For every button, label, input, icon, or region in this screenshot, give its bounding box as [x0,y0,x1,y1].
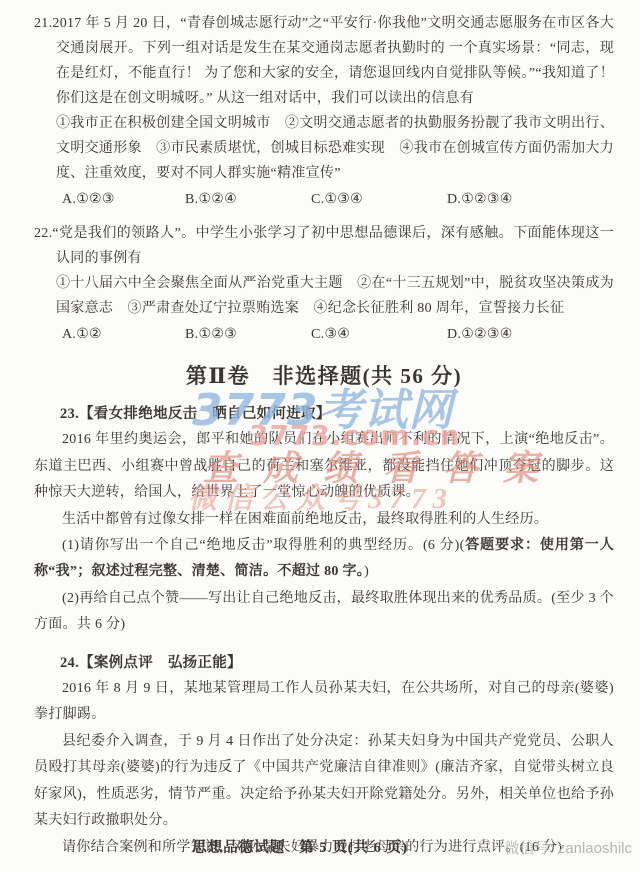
footer-wechat: 微信号: zanlaoshilc [476,836,632,858]
question-21-stem: 21.2017 年 5 月 20 日，“青春创城志愿行动”之“平安行·你我他”文… [34,11,614,111]
question-24: 24.【案例点评 弘扬正能】 2016 年 8 月 9 日，某地某管理局工作人员… [34,650,614,861]
question-21: 21.2017 年 5 月 20 日，“青春创城志愿行动”之“平安行·你我他”文… [34,11,614,212]
question-23-paragraph-2: 生活中都曾有过像女排一样在困难面前绝地反击，最终取得胜利的人生经历。 [34,507,614,533]
footer-doc-title: 思想品德试题 [192,840,285,856]
question-21-option-c: C.①③④ [311,187,447,212]
question-21-stem-text: 2017 年 5 月 20 日，“青春创城志愿行动”之“平安行·你我他”文明交通… [52,16,614,106]
exam-page: 21.2017 年 5 月 20 日，“青春创城志愿行动”之“平安行·你我他”文… [0,0,640,871]
question-23-heading: 23.【看女排绝地反击 晒自己如何进取】 [34,401,614,427]
question-24-heading: 24.【案例点评 弘扬正能】 [34,650,614,676]
free-response-section: 23.【看女排绝地反击 晒自己如何进取】 2016 年里约奥运会，郎平和她的队员… [34,401,614,861]
question-21-items: ①我市正在积极创建全国文明城市 ②文明交通志愿者的执勤服务扮靓了我市文明出行、文… [34,111,614,186]
section-ii-title: 第Ⅱ卷 非选择题(共 56 分) [34,362,614,390]
question-22-option-a: A.①② [62,322,185,347]
question-22-option-b: B.①②③ [185,322,311,347]
question-22-number: 22. [34,226,52,241]
question-24-paragraph-1: 2016 年 8 月 9 日，某地某管理局工作人员孙某夫妇，在公共场所，对自己的… [34,676,614,729]
question-21-option-b: B.①②④ [185,187,311,212]
question-22: 22.“党是我们的领路人”。中学生小张学习了初中思想品德课后，深有感触。下面能体… [34,221,614,347]
exam-content: 21.2017 年 5 月 20 日，“青春创城志愿行动”之“平安行·你我他”文… [0,0,640,861]
question-24-paragraph-2: 县纪委介入调查，于 9 月 4 日作出了处分决定：孙某夫妇身为中国共产党党员、公… [34,729,614,835]
question-21-option-d: D.①②③④ [447,187,614,212]
wechat-logo-icon [476,836,500,858]
question-22-options: A.①② B.①②③ C.③④ D.①②③④ [34,322,614,347]
footer-wechat-id: 微信号: zanlaoshilc [504,837,632,858]
page-footer: 思想品德试题第 5 页(共 6 页) 微信号: zanlaoshilc [0,836,640,866]
question-22-items: ①十八届六中全会聚焦全面从严治党重大主题 ②在“十三五规划”中，脱贫攻坚决策成为… [34,271,614,321]
question-21-number: 21. [34,16,52,31]
question-23-subquestion-2: (2)再给自己点个赞——写出让自己绝地反击，最终取胜体现出来的优秀品质。(至少 … [34,586,614,639]
question-21-options: A.①②③ B.①②④ C.①③④ D.①②③④ [34,187,614,212]
question-23-subquestion-1: (1)请你写出一个自己“绝地反击”取得胜利的典型经历。(6 分)(答题要求：使用… [34,533,614,586]
subquestion-1-close: ) [364,564,369,579]
question-22-option-c: C.③④ [311,322,447,347]
question-22-stem-text: “党是我们的领路人”。中学生小张学习了初中思想品德课后，深有感触。下面能体现这一… [52,226,614,266]
footer-page-info: 第 5 页(共 6 页) [299,840,408,856]
subquestion-1-text: (1)请你写出一个自己“绝地反击”取得胜利的典型经历。(6 分)( [62,538,465,553]
question-23: 23.【看女排绝地反击 晒自己如何进取】 2016 年里约奥运会，郎平和她的队员… [34,401,614,639]
question-22-stem: 22.“党是我们的领路人”。中学生小张学习了初中思想品德课后，深有感触。下面能体… [34,221,614,271]
question-21-option-a: A.①②③ [62,187,185,212]
question-23-paragraph-1: 2016 年里约奥运会，郎平和她的队员们在小组赛出师不利的情况下，上演“绝地反击… [34,427,614,506]
question-22-option-d: D.①②③④ [447,322,614,347]
